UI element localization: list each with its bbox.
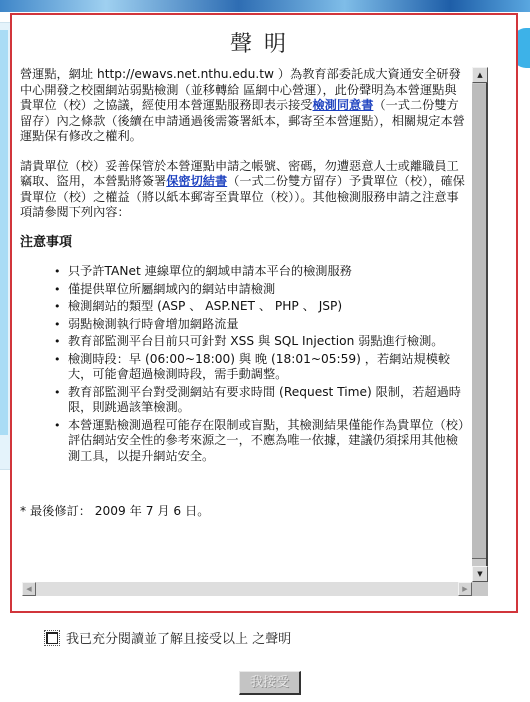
scroll-up-button[interactable]: ▲: [472, 67, 488, 83]
arrow-left-icon: ◀: [26, 585, 31, 593]
note-item: 檢測網站的類型 (ASP 、 ASP.NET 、 PHP 、 JSP): [56, 299, 468, 315]
dialog-title: 聲明: [12, 27, 516, 58]
arrow-right-icon: ▶: [462, 585, 467, 593]
note-item: 只予許TANet 連線單位的網域申請本平台的檢測服務: [56, 264, 468, 280]
note-item: 檢測時段：早 (06:00~18:00) 與 晚 (18:01~05:59) ，…: [56, 352, 468, 383]
note-item: 本營運點檢測過程可能存在限制或盲點，其檢測結果僅能作為貴單位（校）評估網站安全性…: [56, 418, 468, 465]
note-item: 教育部監測平台對受測網站有要求時間 (Request Time) 限制，若超過時…: [56, 385, 468, 416]
accept-checkbox[interactable]: [44, 630, 60, 646]
statement-scroll-area[interactable]: 營運點，網址 http://ewavs.net.nthu.edu.tw ）為教育…: [20, 67, 472, 582]
statement-content: 營運點，網址 http://ewavs.net.nthu.edu.tw ）為教育…: [20, 67, 472, 520]
accept-button[interactable]: 我接受: [239, 671, 301, 695]
arrow-up-icon: ▲: [477, 71, 482, 79]
intro-paragraph: 營運點，網址 http://ewavs.net.nthu.edu.tw ）為教育…: [20, 67, 468, 145]
note-item: 教育部監測平台目前只可針對 XSS 與 SQL Injection 弱點進行檢測…: [56, 334, 468, 350]
note-item: 弱點檢測執行時會增加網路流量: [56, 317, 468, 333]
arrow-down-icon: ▼: [477, 570, 482, 578]
note-item: 僅提供單位所屬網域內的網站申請檢測: [56, 282, 468, 298]
accept-checkbox-label[interactable]: 我已充分閱讀並了解且接受以上 之聲明: [66, 628, 291, 647]
scroll-left-button[interactable]: ◀: [22, 582, 36, 596]
vertical-scroll-thumb[interactable]: [472, 84, 486, 559]
scroll-down-button[interactable]: ▼: [472, 566, 488, 582]
accept-checkbox-row[interactable]: 我已充分閱讀並了解且接受以上 之聲明: [44, 628, 291, 647]
notes-list: 只予許TANet 連線單位的網域申請本平台的檢測服務 僅提供單位所屬網域內的網站…: [56, 264, 468, 464]
horizontal-scrollbar[interactable]: ◀ ▶: [22, 582, 472, 596]
confidentiality-agreement-link[interactable]: 保密切結書: [166, 174, 227, 188]
scroll-right-button[interactable]: ▶: [458, 582, 472, 596]
background-left-stripe: [0, 30, 8, 435]
vertical-scrollbar[interactable]: ▲ ▼: [472, 67, 488, 582]
scrollbar-corner: [472, 582, 488, 596]
consent-form-link[interactable]: 檢測同意書: [313, 98, 374, 112]
checkbox-box-icon: [46, 632, 58, 644]
notes-heading: 注意事項: [20, 235, 468, 251]
last-revised-date: * 最後修訂： 2009 年 7 月 6 日。: [20, 504, 468, 520]
background-banner: [0, 0, 530, 12]
account-paragraph: 請貴單位（校）妥善保管於本營運點申請之帳號、密碼，勿遭惡意人士或離職員工竊取、盜…: [20, 159, 468, 221]
